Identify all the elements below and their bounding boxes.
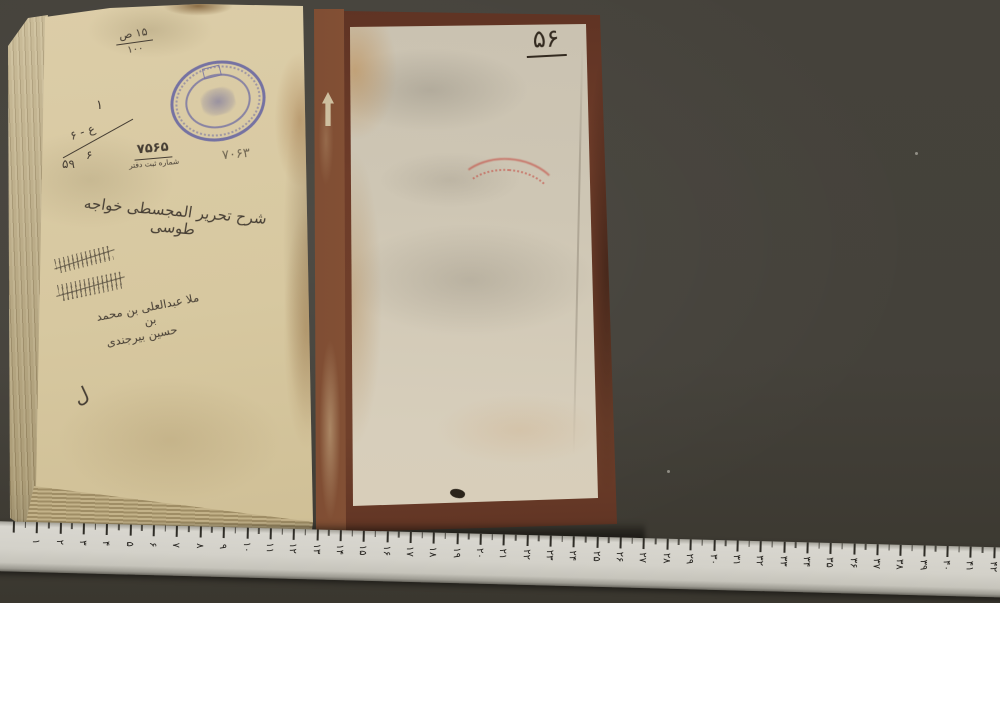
ruler-tick-minor <box>351 530 353 536</box>
ruler-tick-minor <box>911 545 913 551</box>
ruler-numeral: ۳۳ <box>777 553 788 569</box>
ruler-numeral: ۴ <box>100 535 111 551</box>
ruler-tick <box>339 530 341 541</box>
ruler-tick-minor <box>818 543 820 549</box>
ruler-tick <box>223 527 225 538</box>
ruler-tick-minor <box>328 530 330 536</box>
ruler-numeral: ۲۵ <box>590 548 601 564</box>
ruler-numeral: ۲۰ <box>474 545 485 561</box>
ruler-tick <box>736 540 738 551</box>
ruler-tick <box>410 532 412 543</box>
ruler-tick <box>199 526 201 537</box>
ruler-numeral: ۱۹ <box>450 545 461 561</box>
ruler-tick-minor <box>48 522 50 528</box>
ruler-tick-minor <box>281 529 283 535</box>
ruler-tick <box>550 536 552 547</box>
ruler-tick <box>970 547 972 558</box>
ruler-numeral: ۱۶ <box>380 543 391 559</box>
ruler-numeral: ۱۵ <box>357 542 368 558</box>
ruler-tick <box>830 543 832 554</box>
ruler-tick-minor <box>375 531 377 537</box>
ruler-numeral: ۲۱ <box>497 546 508 562</box>
ruler-tick-minor <box>865 544 867 550</box>
registration-note: ۷۵۶۵ شماره ثبت دفتر <box>127 136 180 171</box>
ruler-tick <box>643 538 645 549</box>
ruler-numeral: ۸ <box>194 538 205 554</box>
ruler-numeral: ۲۲ <box>520 546 531 562</box>
ruler-tick-minor <box>398 532 400 538</box>
ruler-tick-minor <box>841 543 843 549</box>
ruler-tick <box>760 541 762 552</box>
ruler-tick <box>83 523 85 534</box>
ruler-tick <box>876 544 878 555</box>
ruler-tick <box>316 529 318 540</box>
ruler-tick-minor <box>305 529 307 535</box>
ruler-numeral: ۳۷ <box>870 556 881 572</box>
ruler-tick-minor <box>71 523 73 529</box>
ruler-tick <box>456 533 458 544</box>
shelf-mark-4: ۵۹ <box>62 158 75 172</box>
ruler-numeral: ۳۵ <box>824 554 835 570</box>
ruler-numeral: ۱۲ <box>287 540 298 556</box>
ruler-tick <box>129 525 131 536</box>
ruler-tick <box>993 547 995 558</box>
shelf-mark-1: ۱ <box>96 99 103 114</box>
ruler-numeral: ۲۷ <box>637 549 648 565</box>
ruler-tick-minor <box>701 540 703 546</box>
ruler-tick-minor <box>982 547 984 553</box>
ruler-numeral: ۴۱ <box>964 558 975 574</box>
ruler-numeral: ۱۳ <box>310 541 321 557</box>
ruler-numeral: ۳ <box>77 535 88 551</box>
ruler-tick <box>176 526 178 537</box>
ruler-tick-minor <box>211 527 213 533</box>
ruler-numeral: ۲۳ <box>544 547 555 563</box>
ruler-tick-minor <box>25 522 27 528</box>
ruler-tick <box>666 539 668 550</box>
ruler-tick <box>59 523 61 534</box>
ruler-numeral: ۴۲ <box>987 559 998 575</box>
ruler-tick-minor <box>958 546 960 552</box>
ruler-tick <box>596 537 598 548</box>
ruler-tick-minor <box>235 527 237 533</box>
ruler-numeral: ۳۴ <box>800 554 811 570</box>
dust-speck <box>915 152 918 155</box>
ruler-tick <box>900 545 902 556</box>
ruler-tick-minor <box>631 538 633 544</box>
ruler-tick-minor <box>655 538 657 544</box>
ruler-tick-minor <box>561 536 563 542</box>
ruler-tick-minor <box>118 524 120 530</box>
ruler-tick-minor <box>468 533 470 539</box>
photo-area: ۱۵ ص ۱۰۰ ۱ ع - ۶ ۶ ۵۹ ۷۵۶۵ شماره ثبت دفت… <box>0 0 1000 603</box>
ruler-numeral: ۴۰ <box>940 557 951 573</box>
pencil-catalog-number: ۷۰۶۳ <box>221 146 250 163</box>
folio-number-text: ۵۶ <box>525 23 568 58</box>
ruler-tick <box>853 544 855 555</box>
ruler-numeral: ۳۲ <box>754 552 765 568</box>
shelf-mark-3: ۶ <box>86 149 92 163</box>
ruler-tick-minor <box>795 542 797 548</box>
ruler-numeral: ۲۴ <box>567 548 578 564</box>
ruler-tick <box>246 528 248 539</box>
ruler-tick-minor <box>935 546 937 552</box>
ruler-tick <box>269 528 271 539</box>
ruler-numeral: ۳۰ <box>707 551 718 567</box>
ruler-tick <box>690 539 692 550</box>
bottom-white-margin <box>0 603 1000 707</box>
ruler-numeral: ۶ <box>147 537 158 553</box>
ruler-numeral: ۱۰ <box>240 539 251 555</box>
ruler-tick-minor <box>538 535 540 541</box>
ruler-tick <box>503 534 505 545</box>
ruler-tick <box>480 534 482 545</box>
ruler-numeral: ۲۹ <box>684 551 695 567</box>
ruler-numeral: ۲۸ <box>660 550 671 566</box>
corner-fraction-mark: ۱۵ ص ۱۰۰ <box>114 26 154 58</box>
ruler-tick-minor <box>725 540 727 546</box>
ruler-tick <box>946 546 948 557</box>
ruler-numeral: ۳۹ <box>917 557 928 573</box>
ruler-numeral: ۱۷ <box>404 543 415 559</box>
ruler-tick <box>363 531 365 542</box>
ruler-tick-minor <box>95 524 97 530</box>
ruler-tick <box>713 540 715 551</box>
ruler-tick-minor <box>515 535 517 541</box>
ruler-tick-minor <box>608 537 610 543</box>
ruler-tick-minor <box>748 541 750 547</box>
ruler-tick <box>13 522 15 533</box>
ruler-tick-minor <box>188 526 190 532</box>
ruler-tick-minor <box>141 525 143 531</box>
ruler-tick-minor <box>585 537 587 543</box>
ruler-tick-minor <box>491 534 493 540</box>
ruler-numeral: ۳۶ <box>847 555 858 571</box>
digitized-manuscript-scan: ۱۵ ص ۱۰۰ ۱ ع - ۶ ۶ ۵۹ ۷۵۶۵ شماره ثبت دفت… <box>0 0 1000 707</box>
ruler-numeral: ۹ <box>217 538 228 554</box>
ruler-numeral: ۵ <box>123 536 134 552</box>
ruler-tick <box>36 522 38 533</box>
ruler-tick-minor <box>678 539 680 545</box>
folio-number: ۵۶ <box>513 22 579 58</box>
ruler-numeral: ۱۴ <box>334 541 345 557</box>
ruler-tick <box>923 545 925 556</box>
ruler-tick <box>806 542 808 553</box>
ruler-numeral: ۱۱ <box>264 540 275 556</box>
dust-speck <box>667 470 670 473</box>
ruler-tick-minor <box>771 541 773 547</box>
ruler-tick <box>433 533 435 544</box>
ruler-numeral: ۱ <box>30 534 41 550</box>
ruler-numeral: ۳۱ <box>730 552 741 568</box>
ruler-tick <box>573 536 575 547</box>
ruler-tick <box>526 535 528 546</box>
ruler-tick-minor <box>421 532 423 538</box>
ruler-tick <box>386 531 388 542</box>
ruler-tick-minor <box>888 544 890 550</box>
ruler-tick-minor <box>258 528 260 534</box>
ruler-numeral: ۳۸ <box>894 556 905 572</box>
ruler-tick <box>783 542 785 553</box>
ruler-tick <box>293 529 295 540</box>
ruler-tick-minor <box>445 533 447 539</box>
ruler-numeral: ۲ <box>53 534 64 550</box>
ruler-numeral: ۱۸ <box>427 544 438 560</box>
ruler-tick <box>106 524 108 535</box>
ruler-numeral: ۲۶ <box>614 549 625 565</box>
ruler-tick <box>153 525 155 536</box>
ruler-tick <box>620 537 622 548</box>
ruler-tick-minor <box>165 526 167 532</box>
ruler-numeral: ۷ <box>170 537 181 553</box>
